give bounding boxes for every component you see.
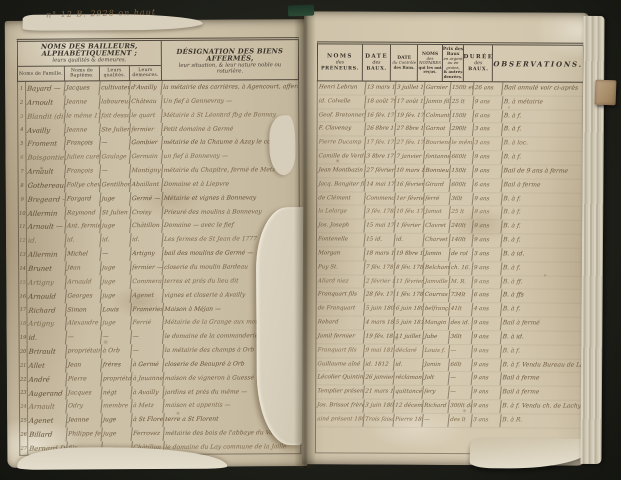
cell-observation: B. à f. [501,304,582,317]
cell-observation: B. à f. [501,207,582,220]
cell-demeure: Commeray [131,275,164,289]
cell-designation: Un fief à Gennevray — [161,94,298,109]
cell-notaire: Jamin [423,248,450,261]
cell-demeure: Agenet [131,289,164,303]
table-row: Jamil fermier 19 fév. 1812 11 juillet Ju… [316,330,581,345]
cell-demeure: Châtillon [130,219,163,233]
col-header-qualites: Leurs qualités. [100,66,130,80]
cell-famille: Availly [26,123,66,137]
cell-notaire: Jolt [423,372,450,385]
bailleurs-subcolumns: Noms de Famille. Noms de Baptême. Leurs … [18,65,161,81]
cell-date-controle: 16 février 1781 [395,179,425,192]
cell-demeure: Frameries [131,302,164,316]
cell-preneur: Rebard [317,316,366,329]
cell-famille: Artigny [27,317,67,331]
header-line: qui les ont reçus. [418,65,441,74]
table-row: F. Clavenay 26 8bre 1782 27 8bre 1782 Ga… [318,123,583,138]
cell-duree: 9 ans [472,373,502,386]
cell-duree: 9 ans [473,165,503,178]
cell-qualite: juge [101,316,132,330]
cell-observation: B. à ffs [501,290,582,303]
cell-preneur: Jacq. Bangiter fils [317,178,366,191]
cell-date-bail: 16 fév. 1779 [365,109,396,122]
cell-notaire: Louis f. [423,345,450,358]
header-line: OBSERVATIONS. [493,60,583,67]
cell-demeure: Abaillant [130,178,163,192]
cell-prix: — [448,386,472,399]
cell-notaire: Jamot [423,206,450,219]
cell-date-bail: 26 janvier 1777 [364,372,395,385]
cell-duree: 3 ans [471,414,501,427]
cell-prix: 150lt et grains [450,82,474,95]
cell-notaire: Jamville [423,275,450,288]
cell-prix: 36lt [449,331,473,344]
cell-observation: B. à id. [501,248,582,261]
cell-bapteme: Pierre [66,372,102,386]
cell-date-controle: 17 août 1779 [395,96,425,109]
cell-duree: 3 ans [473,137,503,150]
page-corner-curl [470,438,590,469]
cell-observation: B. à f. [501,345,582,358]
cell-date-bail: 17 fév. 1779 [365,137,396,150]
col-header-preneurs: NOMS des PRENEURS. [318,44,363,80]
header-line: & autres denrées. [443,70,464,79]
cell-preneur: Puy St. [317,261,366,274]
cell-famille: Artigny [27,275,67,289]
cell-preneur: Geof. Bretonnery [318,109,367,122]
cell-preneur: F. Clavenay [318,123,367,136]
cell-notaire: Garnot [424,123,451,136]
cell-famille: Billard [27,428,67,442]
cell-duree: 9 ans [471,400,501,413]
cell-observation: B. à f. [501,234,582,247]
cell-date-bail: 3 juin 1807 [363,400,394,413]
cell-prix: 25 lt [450,96,474,109]
cell-prix: 660lt [450,151,474,164]
cell-demeure: fermier [130,122,163,136]
cell-qualite: juge [101,289,132,303]
cell-notaire: Courras [423,289,450,302]
cell-observation: B. à f. Vendu Bureau de Lachy [501,359,582,372]
cell-observation: B. à R. [500,414,581,427]
cell-qualite: juge [101,413,132,427]
cell-bapteme: Ant. fermier [65,220,101,234]
cell-preneur: de Franquart [317,303,366,316]
cell-duree: 9 ans [472,345,502,358]
cell-observation: Bail à ferme [501,373,582,386]
right-page: NOMS des PRENEURS. DATE des BAUX. DATE d… [302,11,589,465]
cell-date-controle: 5 juin 1812 [394,317,424,330]
cell-observation: Bail à fermé [501,317,582,330]
cell-qualite: cultivateur [99,81,130,95]
table-row: Franquart fils 9 mai 1812 déclaré Louis … [316,344,581,359]
right-table-header: NOMS des PRENEURS. DATE des BAUX. DATE d… [317,41,584,82]
cell-demeure: id. [130,233,163,247]
header-line: NOMS [327,53,353,60]
cell-demeure: Gombier [130,136,163,150]
cell-date-bail: 28 fév. 1788 [364,289,395,302]
cell-date-bail: 7 fév. 1787 [364,261,395,274]
cell-prix: des lt [448,414,472,427]
cell-duree: 9 ans [471,386,501,399]
cell-prix: 600lt [450,179,474,192]
cell-date-controle: 12 décembre 1807 [393,400,423,413]
table-row: 9 Bregeard — Forgard juge Germé — Métair… [19,191,299,207]
cell-date-bail: 13 mars 1777 [365,82,396,95]
cell-prix: 734lt [449,289,473,302]
cell-famille: Brunet [26,262,66,276]
cell-famille: Allet [27,358,67,372]
cell-bapteme: le même 1777 [65,109,101,123]
cell-preneur: Franquart fils [317,289,366,302]
cell-duree: 9 ans [472,359,502,372]
cell-preneur: Morgan [317,247,366,260]
cell-bapteme: François [65,137,101,151]
cell-date-bail: 3 fév. 1788 [364,206,395,219]
cell-observation: B. à f. Vendu ch. de Lachy [500,400,581,413]
cell-preneur: Jos. Brissot frères [316,399,365,412]
cell-famille: Arnoult — [26,220,66,234]
cell-notaire: fery [422,386,449,399]
cell-observation: Bail à ferme [500,387,581,400]
cell-preneur: id. Colvelle [318,95,367,108]
cell-prix: 25 lt [449,206,473,219]
cell-date-bail: Commencé [365,192,396,205]
cell-famille: Arnould [27,289,67,303]
table-row: Fontenelle 15 id. id. Charvet 140lt 9 an… [317,233,582,248]
cell-prix: — [449,372,473,385]
cell-preneur: la Lelarge [317,206,366,219]
cell-qualite: juge [101,427,132,441]
cell-prix: 140lt [449,234,473,247]
cell-qualite: — [101,330,132,344]
table-row: Lécolier Quintin 26 janvier 1777 réclama… [316,372,581,387]
cell-demeure: à Jouanne [131,372,164,386]
cell-prix: 290lt [450,124,474,137]
cell-observation: B. à f. [501,262,582,275]
cell-duree: 9 ans [472,193,502,206]
left-page: NOMS DES BAILLEURS, ALPHABÉTIQUEMENT ; l… [5,19,308,468]
cell-observation: Bail annulé voir ci-après [502,82,583,95]
designation-subtitle: leur situation, & leur nature noble ou r… [165,62,295,75]
cell-duree: 3 ans [473,124,503,137]
cell-duree: 3 ans [472,248,502,261]
cell-notaire: Mangin [423,317,450,330]
cell-notaire: belfrançois [423,303,450,316]
cell-famille: Agenet [27,414,67,428]
cell-date-controle: déclaré [394,344,424,357]
cell-notaire: Colmant [424,110,451,123]
cell-demeure: à Availly [131,386,164,400]
cell-demeure: à Germé [131,358,164,372]
designation-title: DÉSIGNATION DES BIENS AFFERMÉS, [165,46,295,63]
header-line: BAUX. [468,66,488,72]
cell-bapteme: Simon [66,303,102,317]
cell-qualite: juge [100,220,131,234]
table-row: Jos. Joseph 15 mai 1782 1 février 1782 C… [317,220,582,235]
cell-demeure: d'Availly [129,81,162,95]
cell-date-controle: 1 fév. 1788 [394,289,424,302]
cell-bapteme: Michel [65,247,101,261]
cell-notaire: ferré [423,193,450,206]
cell-qualite: à Orb [101,344,132,358]
cell-date-controle: Pierre 1808 [393,414,423,427]
cell-preneur: Jamil fermier [316,330,365,343]
cell-date-bail: 27 février 1781 [365,165,396,178]
cell-preneur: Franquart fils [316,344,365,357]
cell-famille: Augerand [27,386,67,400]
cell-date-controle: id. [394,358,424,371]
cell-date-controle: 27 8bre 1782 [395,123,425,136]
cell-famille: Bayard — [25,82,65,96]
cell-preneur: Camille de Verduzanoy [317,150,366,163]
table-row: la Lelarge 3 fév. 1788 10 fév. 1788 Jamo… [317,206,582,221]
cell-famille: Arnoult [25,95,65,109]
cell-date-controle: 10 fév. 1788 [394,206,424,219]
table-row: Jacq. Bangiter fils 14 mai 1781 16 févri… [317,178,582,193]
cell-demeure: Château [129,95,162,109]
cell-duree: 6 ans [473,110,503,123]
cell-bapteme: Jeanne [66,414,102,428]
cell-preneur: Templier présent [316,386,365,399]
table-row: Geof. Bretonnery 16 fév. 1779 19 fév. 17… [318,109,583,124]
cell-bapteme: Arnauld [66,275,102,289]
cell-date-bail: 19 fév. 1812 [364,330,395,343]
cell-qualite: juge [100,192,131,206]
cell-duree: 9 ans [472,220,502,233]
table-row: Guillaume aîné id. 1812 id. Jamin 66lt 9… [316,358,581,373]
cell-date-controle: 3 juillet 1777 [395,82,425,95]
cell-demeure: le quart [130,109,163,123]
table-row: Franquart fils 28 fév. 1788 1 fév. 1788 … [317,289,582,304]
cell-date-controle: 8 fév. 1788 [394,262,424,275]
cell-demeure: — [131,330,164,344]
cell-preneur: Guillaume aîné [316,358,365,371]
cell-qualite: Louis [101,303,132,317]
cell-preneur: Jean Montbazin à Metz [317,164,366,177]
col-header-duree: DURÉE des BAUX. [464,45,493,81]
cell-demeure: Ferrié [131,316,164,330]
table-row: Morgan 18 mars 1782 19 8bre 1782 Jamin d… [317,247,582,262]
cell-famille: Allermin [26,206,66,220]
table-row: Henri Lebrun 13 mars 1777 3 juillet 1777… [318,81,583,96]
cell-bapteme: Jacques [64,81,100,95]
cell-notaire: Jamin [423,358,450,371]
scan-background: n° 12 B. 2928 on haut NOMS DES BAILLEURS… [0,0,621,480]
header-line: PRENEURS. [321,66,359,72]
designation-header: DÉSIGNATION DES BIENS AFFERMÉS, leur sit… [162,40,298,80]
cell-notaire: Bourienne [424,137,451,150]
cell-designation: la métairie des carrières, à Agencourt, … [161,80,298,95]
table-row: Camille de Verduzanoy 3 8bre 1779 7 janv… [317,150,582,165]
cell-demeure: Ferrovez [131,427,164,441]
cell-date-bail: 18 août 79 [365,95,396,108]
cell-qualite: membre [101,400,132,414]
cell-observation: Bail de 9 ans à ferme [502,165,583,178]
cell-notaire: Jamin fils [424,96,451,109]
cell-duree: 6 ans [472,290,502,303]
cell-qualite: négt [101,386,132,400]
cell-qualite: St Julien [100,206,131,220]
table-row: 1 Bayard — Jacques cultivateur d'Availly… [18,80,298,96]
cell-qualite: propriétaire [101,372,132,386]
header-line: DATE [365,53,388,60]
cell-date-controle: quittancé [393,386,423,399]
col-header-notaires: NOMS des NOTAIRES qui les ont reçus. [418,45,443,81]
cell-preneur: Pierre Ducamp [317,137,366,150]
cell-prix: des id. [449,317,473,330]
cell-bapteme: id. [65,234,101,248]
col-header-date-baux: DATE des BAUX. [363,45,391,81]
cell-duree: 9 ans [473,151,503,164]
cell-date-bail: 26 8bre 1782 [365,123,396,136]
cell-prix: 66lt [449,359,473,372]
col-header-famille: Noms de Famille. [18,67,65,81]
cell-famille: Froment [26,137,66,151]
cell-demeure: à Metz [131,399,164,413]
cell-prix: 240lt [449,220,473,233]
cell-duree: 9 ans [472,262,502,275]
cell-bapteme: Jacques [66,386,102,400]
cell-famille: Arnault [27,400,67,414]
cell-notaire: Garnier [424,82,451,95]
table-row: Pierre Ducamp 17 fév. 1779 27 fév. 1779 … [317,137,582,152]
cell-bapteme: Jean [65,261,101,275]
cell-prix: 36lt [449,193,473,206]
cell-preneur: Lécolier Quintin [316,372,365,385]
cell-notaire: Belchamps [423,262,450,275]
cell-demeure: — [131,344,164,358]
cell-observation: B. à ff. [501,276,582,289]
cell-qualite: id. [100,233,131,247]
col-header-date-controle: DATE du Contrôle des Baux. [391,45,418,81]
table-row: 3 Blandit (dit) le même 1777 fait dessus… [18,108,298,124]
cell-demeure: Artigny [130,247,163,261]
cell-date-bail: 21 mars 1777 [363,386,394,399]
cell-duree: 9 ans [472,276,502,289]
cell-date-controle: 11 février 1784 [394,275,424,288]
table-row: Templier présent 21 mars 1777 quittancé … [316,386,581,401]
cell-observation: B. à f. [502,151,583,164]
cell-qualite: fait dessus [100,109,131,123]
cell-duree: 26 ans [473,82,503,95]
cell-date-bail: 15 id. [364,234,395,247]
cell-prix: de rol [449,248,473,261]
cell-date-bail: 15 mai 1782 [364,220,395,233]
cell-date-bail: id. 1812 [364,358,395,371]
cell-date-bail: Trois faisant [363,413,394,426]
cell-observation: B. à f. [501,193,582,206]
cell-preneur: Fontenelle [317,233,366,246]
cell-bapteme: Forgard [65,192,101,206]
cell-date-controle: 27 fév. 1779 [395,137,425,150]
cell-demeure: Germain [130,150,163,164]
cell-qualite: frères [101,358,132,372]
table-row: de Franquart 5 juin 1806 6 juin 1806 bel… [317,303,582,318]
cell-prix: le même prix de 1500 [450,137,474,150]
cell-duree: 9 ans [472,234,502,247]
cell-bapteme: — [66,331,102,345]
cell-notaire: Clavret [423,220,450,233]
col-header-observations: OBSERVATIONS. [493,45,583,81]
cell-date-bail: 2 février 1784 [364,275,395,288]
cell-date-controle: 7 janvier 1779 [395,151,425,164]
table-row: Puy St. 7 fév. 1787 8 fév. 1788 Belchamp… [317,261,582,276]
col-header-bapteme: Noms de Baptême. [65,66,100,80]
col-header-demeures: Leurs demeures. [130,66,161,80]
cell-qualite: Ste Julienne [100,123,131,137]
cell-date-controle: id. [394,234,424,247]
cell-famille: Blandit (dit) [26,109,66,123]
table-row: Jean Montbazin à Metz 27 février 1781 10… [317,164,582,179]
cell-date-controle: réclamant [394,372,424,385]
cell-notaire: Charvet [423,234,450,247]
cell-date-bail: 18 mars 1782 [364,248,395,261]
cell-duree: 9 ans [473,96,503,109]
cell-date-controle: 6 juin 1806 [394,303,424,316]
cell-date-bail: 3 8bre 1779 [365,151,396,164]
cell-bapteme: Jeanne [65,123,101,137]
table-row: id. Colvelle 18 août 79 17 août 1779 Jam… [318,95,583,110]
cell-famille: id. [26,234,66,248]
cell-bapteme: Philippe fermier [66,427,102,441]
table-row: Rebard 4 mars 1812 5 juin 1812 Mangin de… [317,316,582,331]
page-tear-small [269,115,295,175]
cell-observation: B. à id. [501,331,582,344]
cell-bapteme: Julien curé [65,151,101,165]
cell-observation: Bail à ferme [502,179,583,192]
cell-demeure: Croisy [130,206,163,220]
col-header-prix: Prix des Baux en argent ou en grains, & … [443,45,465,81]
cell-prix: 300lt de la ferme [448,400,472,413]
cell-famille: Bregeard — [26,192,66,206]
cell-qualite: — [100,137,131,151]
cell-demeure: à St Florent [131,413,164,427]
bailleurs-header: NOMS DES BAILLEURS, ALPHABÉTIQUEMENT ; l… [18,41,162,81]
cell-famille: Allermin [26,248,66,262]
cell-famille: Arnault [26,165,66,179]
cell-demeure: Germé — [130,192,163,206]
cell-observation: B. à f. [501,221,582,234]
cell-bapteme: Odry [66,400,102,414]
bookmark-tab [595,80,617,106]
cell-prix: M. R. [449,276,473,289]
cell-bapteme: Follye chevalier [65,178,101,192]
cell-notaire: — [422,414,449,427]
cell-observation: B. à loc. [502,138,583,151]
cell-duree: 9 ans [472,207,502,220]
cell-prix: 41lt [449,303,473,316]
cell-bapteme: Jeanne [64,95,100,109]
table-row: Jos. Brissot frères 3 juin 1807 12 décem… [316,399,581,414]
cell-qualite: juge [101,275,132,289]
cell-date-controle: 1er février [394,192,424,205]
cell-date-bail: 5 juin 1806 [364,303,395,316]
cell-prix: ch. 16. [449,262,473,275]
cell-date-controle: 19 fév. 1779 [395,109,425,122]
cell-designation: Domaine et à Liepvre [162,177,299,192]
cell-famille: id. [27,331,67,345]
cell-demeure: fermier — [130,261,163,275]
cell-bapteme: François [65,164,101,178]
table-row: 2 Arnoult Jeanne laboureur Château Un fi… [18,94,298,110]
cell-duree: 4 ans [472,303,502,316]
cell-famille: Gothereauly [26,178,66,192]
table-row: 8 Gothereauly Follye chevalier Gentilhom… [19,177,299,193]
cell-notaire: Richard [422,400,449,413]
cell-preneur: Allard niez [317,275,366,288]
table-row: Allard niez 2 février 1784 11 février 17… [317,275,582,290]
